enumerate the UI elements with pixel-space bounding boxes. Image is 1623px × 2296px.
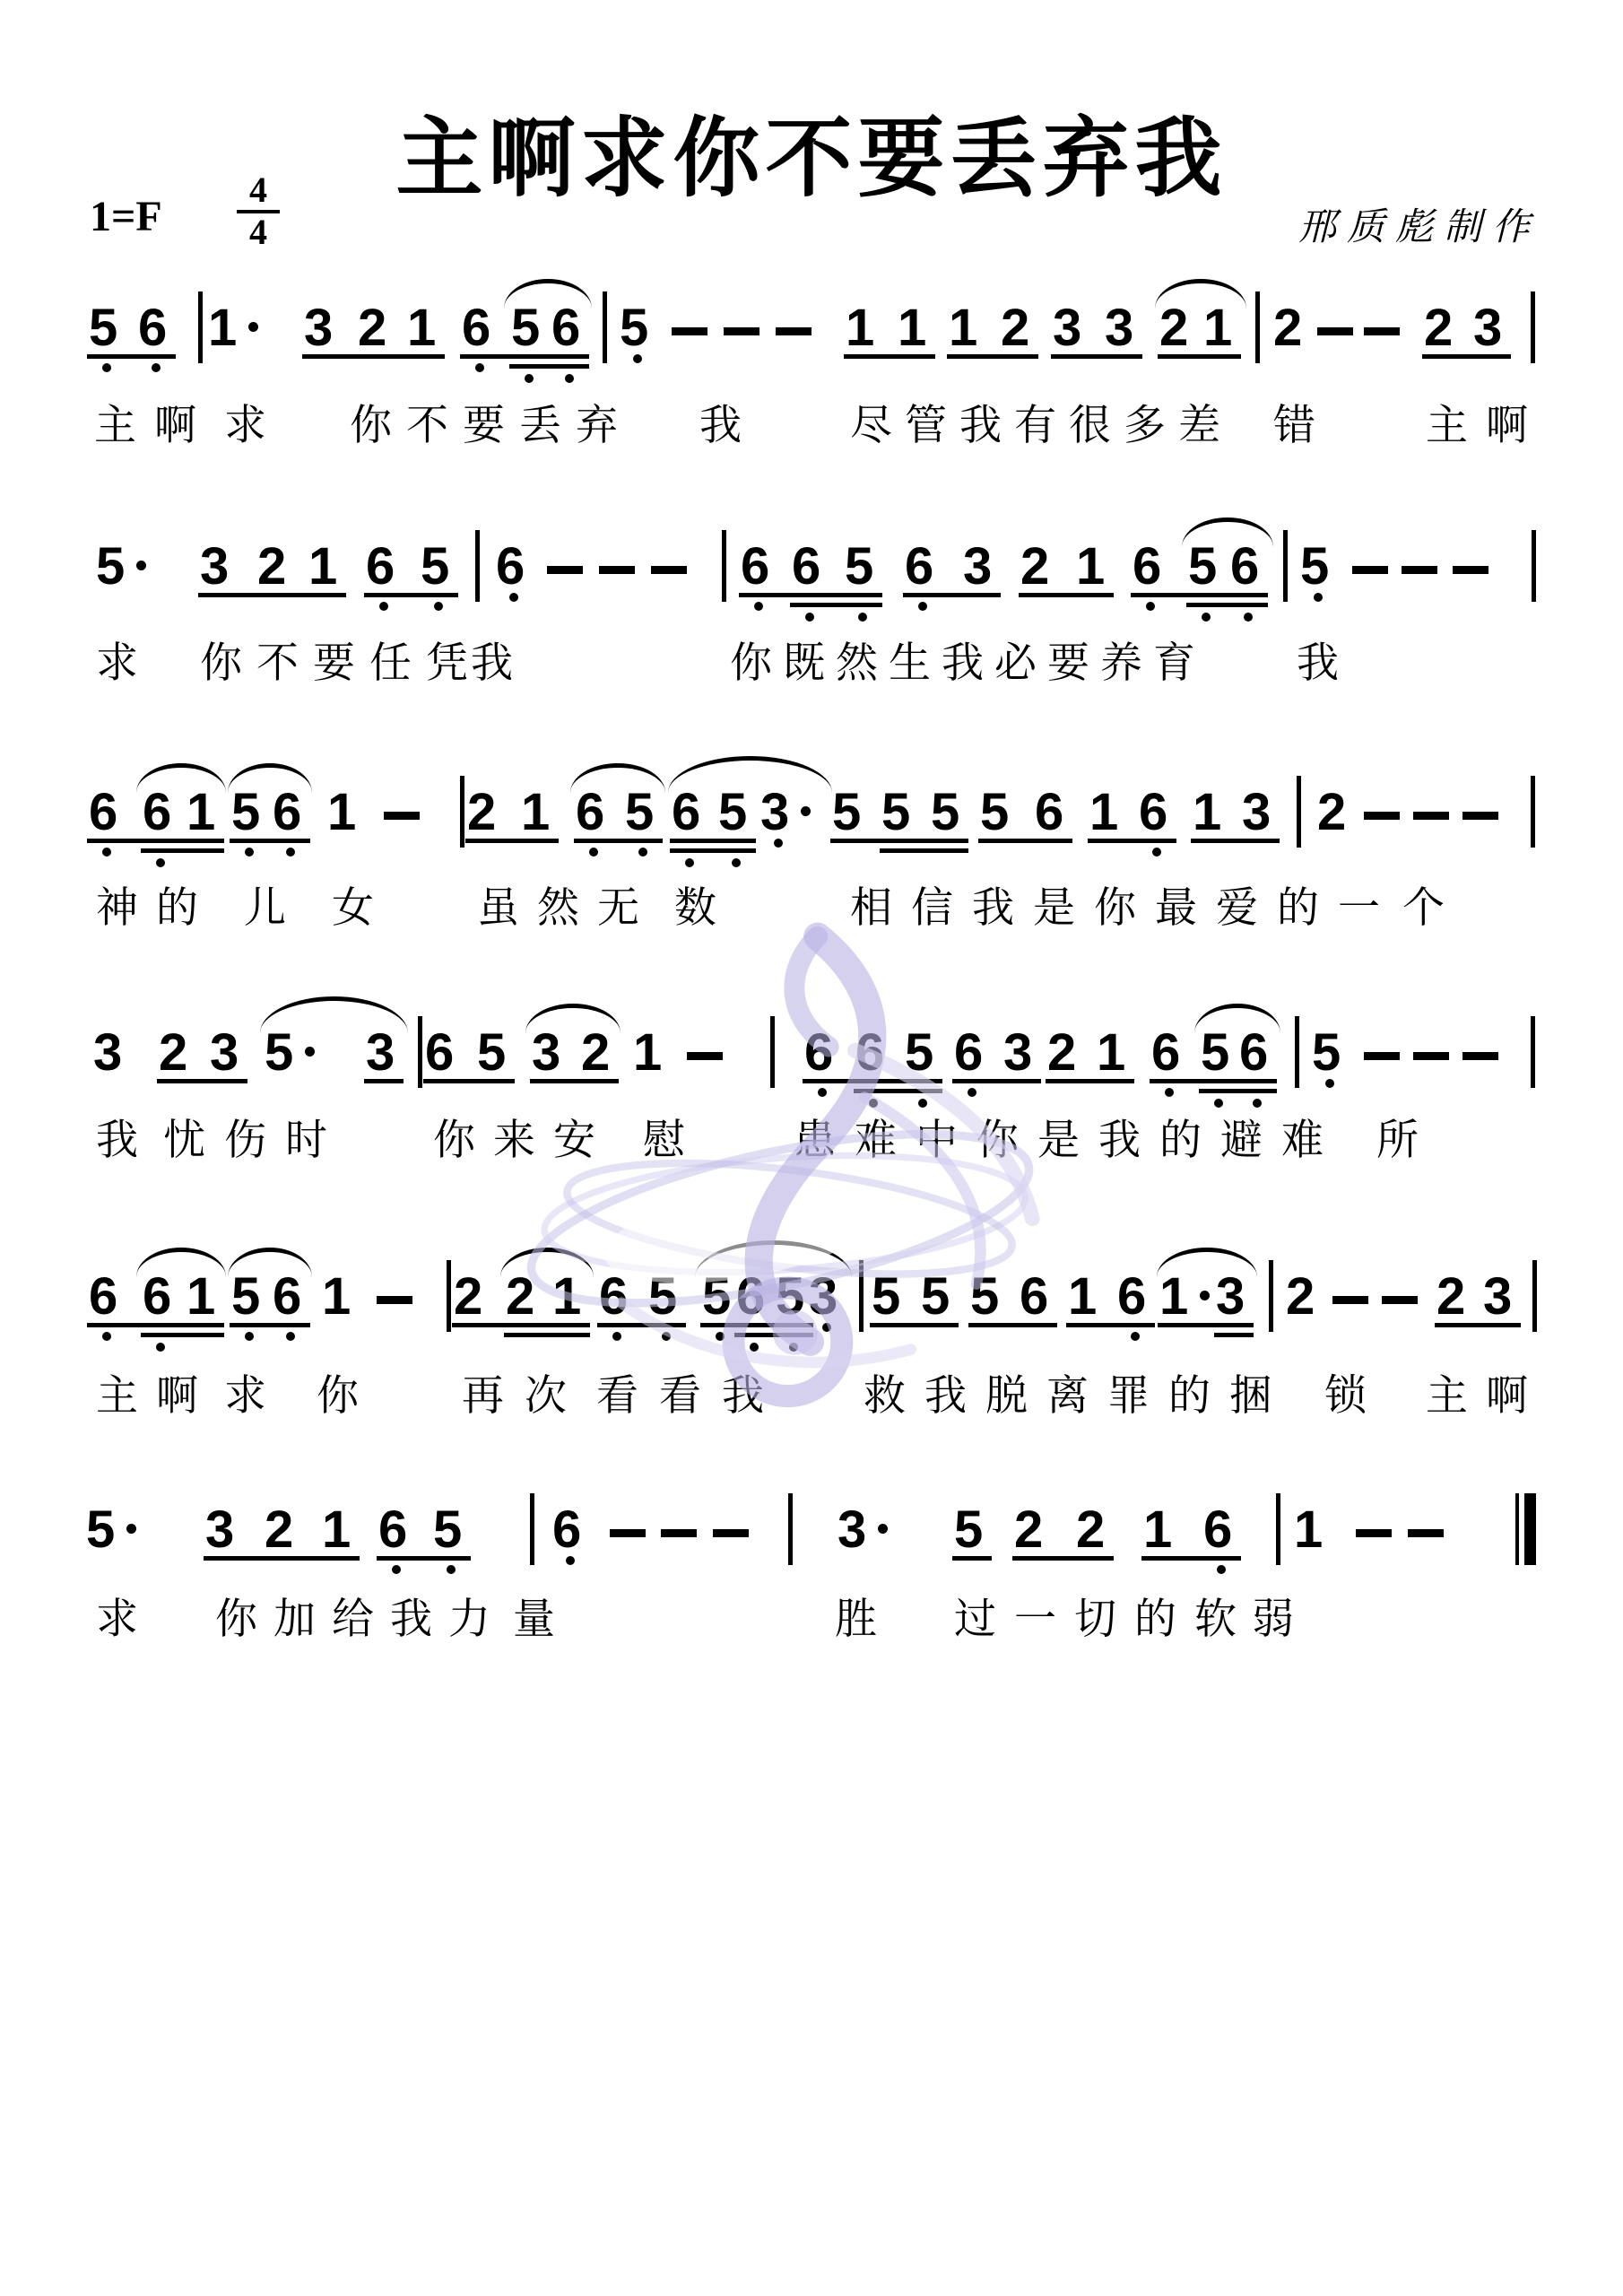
underline-beam [230,839,310,843]
underline-beam [423,1079,515,1083]
note-digit: 1 [1203,302,1232,354]
lyric-text: 求 [224,392,284,452]
note-digit: 5 [881,787,910,839]
note-digit: 5 [421,541,449,593]
low-octave-dot [152,363,161,372]
low-octave-dot [662,1332,671,1341]
underline-beam [670,848,756,853]
barline [1531,776,1535,848]
underline-beam [230,1323,310,1327]
note-digit: 3 [1003,1027,1032,1079]
lyric-text: 患难中你是我的避难 [794,1107,1342,1167]
duration-dash [672,327,707,335]
underline-beam [1422,354,1511,359]
note-digit: 1 [1143,1504,1172,1556]
note-digit: 3 [304,302,333,354]
note-digit: 2 [581,1027,610,1079]
note-digit: 6 [1035,787,1063,839]
note-digit: 5 [477,1027,506,1079]
underline-beam [87,1323,224,1327]
duration-dash [1332,1296,1368,1304]
note-digit: 6 [143,1271,171,1323]
barline [1531,291,1535,363]
low-octave-dot [732,858,741,867]
final-barline-thin [1515,1493,1519,1565]
note-digit: 3 [1473,302,1502,354]
duration-dash [599,566,635,574]
note-digit: 2 [1273,302,1302,354]
low-octave-dot [286,848,295,857]
underline-beam [1435,1323,1521,1327]
note-digit: 6 [138,302,167,354]
underline-beam [1088,839,1176,843]
note-digit: 2 [1436,1271,1465,1323]
tie-arc [1194,1004,1280,1033]
note-digit: 5 [89,302,117,354]
underline-beam [968,1323,1057,1327]
note-digit: 3 [93,1027,122,1079]
duration-dash [1364,1052,1400,1060]
note-digit: 2 [1014,1504,1043,1556]
underline-beam [141,1333,224,1337]
note-digit: 1 [846,302,874,354]
note-digit: 3 [532,1027,560,1079]
tie-arc [1182,517,1273,547]
barline [1269,1260,1273,1332]
duration-dash [713,1529,749,1537]
underline-beam [903,593,1001,597]
note-digit: 2 [467,787,496,839]
underline-beam [870,1323,959,1327]
underline-beam [465,839,559,843]
underline-beam [87,839,224,843]
underline-beam [739,593,882,597]
note-digit: 5 [931,787,959,839]
underline-beam [790,603,882,607]
low-octave-dot [509,593,518,602]
note-digit: 1 [898,302,926,354]
note-digit: 3 [1242,787,1271,839]
note-digit: 3 [366,1027,395,1079]
duration-dash [1382,1296,1418,1304]
note-digit: 2 [257,541,286,593]
low-octave-dot [638,848,647,857]
augmentation-dot [305,1047,315,1057]
note-digit: 1 [322,1271,351,1323]
underline-beam [504,1333,590,1337]
note-digit: 6 [855,1027,884,1079]
duration-dash [610,1529,646,1537]
underline-beam [460,354,589,359]
note-digit: 6 [576,787,604,839]
duration-dash [661,1529,697,1537]
low-octave-dot [754,602,763,611]
note-digit: 1 [1193,787,1221,839]
lyric-text: 你不要任凭 [200,630,482,690]
barline [1532,1260,1537,1332]
note-digit: 6 [792,541,820,593]
underline-beam [854,1089,942,1093]
underline-beam [364,593,458,597]
tie-arc [570,763,665,793]
time-signature: 4 4 [235,172,282,251]
note-digit: 1 [187,787,215,839]
note-digit: 5 [1201,1027,1229,1079]
note-digit: 1 [1089,787,1118,839]
low-octave-dot [774,839,783,848]
lyric-text: 我 [96,1107,156,1167]
low-octave-dot [789,1343,798,1352]
final-barline-thick [1524,1493,1536,1565]
note-digit: 6 [1239,1027,1268,1079]
underline-beam [803,1079,942,1083]
augmentation-dot [136,561,146,570]
note-digit: 1 [308,541,337,593]
lyric-text: 女 [332,874,392,935]
lyric-text: 你加给我力 [215,1586,507,1646]
low-octave-dot [565,374,574,383]
note-digit: 2 [265,1504,293,1556]
key-signature: 1=F [90,192,162,241]
underline-beam [952,1556,992,1561]
note-digit: 6 [954,1027,983,1079]
note-digit: 6 [89,1271,117,1323]
note-digit: 1 [322,1504,351,1556]
barline [770,1016,775,1088]
low-octave-dot [589,848,598,857]
underline-beam [141,848,224,853]
augmentation-dot [1200,1291,1210,1300]
note-digit: 6 [143,787,171,839]
barline [1532,530,1536,602]
note-digit: 3 [205,1504,234,1556]
underline-beam [1131,593,1268,597]
note-digit: 5 [845,541,873,593]
note-digit: 6 [366,541,395,593]
low-octave-dot [968,1088,976,1097]
note-digit: 5 [648,1271,677,1323]
underline-beam [1141,1556,1241,1561]
lyric-text: 慰 [643,1107,703,1167]
duration-dash [724,327,759,335]
low-octave-dot [685,858,694,867]
low-octave-dot [1202,613,1211,622]
barline [788,1493,793,1565]
underline-beam [1019,593,1114,597]
note-digit: 5 [96,541,146,593]
augmentation-dot [248,322,258,332]
barline [1297,776,1301,848]
lyric-text: 数 [674,874,734,935]
barline [1255,291,1260,363]
low-octave-dot [1314,593,1323,602]
note-digit: 2 [454,1271,482,1323]
lyric-text: 量 [513,1586,573,1646]
duration-dash [377,1296,412,1304]
underline-beam [1186,603,1268,607]
underline-beam [1158,354,1241,359]
note-digit: 5 [702,1271,731,1323]
barline [460,776,464,848]
note-digit: 5 [1300,541,1329,593]
underline-beam [509,364,589,369]
low-octave-dot [245,848,254,857]
note-digit: 5 [511,302,540,354]
lyric-text: 胜 [835,1586,895,1646]
low-octave-dot [805,613,814,622]
underline-beam [1191,839,1280,843]
underline-beam [1051,354,1142,359]
note-digit: 6 [273,1271,301,1323]
note-digit: 6 [425,1027,454,1079]
low-octave-dot [156,1343,165,1352]
lyric-text: 弱 [1252,1586,1312,1646]
low-octave-dot [102,363,111,372]
note-digit: 1 [208,302,258,354]
barline [418,1016,422,1088]
note-digit: 5 [1188,541,1217,593]
note-digit: 3 [1483,1271,1512,1323]
note-digit: 6 [741,541,769,593]
note-digit: 5 [718,787,747,839]
note-digit: 6 [462,302,490,354]
lyric-text: 锁 [1324,1362,1384,1422]
low-octave-dot [566,1556,575,1565]
note-digit: 2 [358,302,386,354]
duration-dash [1364,327,1400,335]
augmentation-dot [126,1524,136,1534]
underline-beam [204,1556,360,1561]
lyric-text: 个 [1402,874,1462,935]
underline-beam [597,1323,686,1327]
low-octave-dot [379,602,388,611]
underline-beam [1066,1323,1155,1327]
note-digit: 2 [506,1271,534,1323]
duration-dash [1364,812,1400,820]
note-digit: 6 [378,1504,407,1556]
note-digit: 1 [187,1271,215,1323]
tie-arc [695,1240,852,1277]
underline-beam [1012,1556,1114,1561]
note-digit: 1 [633,1027,662,1079]
underline-beam [1150,1079,1277,1083]
note-digit: 6 [1139,787,1167,839]
note-digit: 1 [521,787,550,839]
lyric-text: 求 [96,630,156,690]
underline-beam [734,1333,813,1337]
underline-beam [700,1323,813,1327]
low-octave-dot [1131,1332,1140,1341]
note-digit: 5 [980,787,1009,839]
underline-beam [844,354,935,359]
underline-beam [947,354,1038,359]
time-signature-numerator: 4 [249,170,267,210]
duration-dash [1356,1529,1392,1537]
tie-arc [1157,1248,1257,1277]
note-digit: 2 [1047,1027,1076,1079]
lyric-text: 看看我 [596,1362,785,1422]
underline-beam [1046,1079,1134,1083]
underline-beam [830,839,968,843]
lyric-text: 主啊 [96,1362,216,1422]
duration-dash [1408,1529,1444,1537]
duration-dash [1413,812,1449,820]
note-digit: 1 [1076,541,1105,593]
note-digit: 5 [1312,1027,1341,1079]
lyric-text: 再次 [462,1362,587,1422]
note-digit: 3 [1105,302,1133,354]
note-digit: 3 [200,541,229,593]
note-digit: 3 [1216,1271,1245,1323]
duration-dash [687,1052,723,1060]
note-digit: 6 [551,302,580,354]
barline [859,1260,864,1332]
note-digit: 6 [1203,1504,1232,1556]
duration-dash [1453,566,1488,574]
underline-beam [1158,1323,1254,1327]
note-digit: 6 [1020,1271,1048,1323]
note-digit: 2 [1076,1504,1105,1556]
underline-beam [452,1323,590,1327]
barline [1531,1016,1535,1088]
note-digit: 5 [921,1271,950,1323]
lyric-text: 救我脱离罪的捆 [864,1362,1290,1422]
low-octave-dot [156,858,165,867]
note-digit: 1 [1159,1271,1210,1323]
lyric-text: 相信我是你最爱的一 [850,874,1399,935]
lyric-text: 我 [1297,630,1357,690]
note-digit: 2 [1020,541,1049,593]
low-octave-dot [633,354,642,363]
underline-beam [952,1079,1041,1083]
tie-arc [136,1248,226,1277]
note-digit: 3 [1053,302,1081,354]
lyric-text: 过一切的软 [954,1586,1254,1646]
duration-dash [651,566,687,574]
note-digit: 3 [809,1271,838,1323]
author-credit: 邢质彪制作 [1298,197,1541,251]
low-octave-dot [1165,1088,1174,1097]
low-octave-dot [102,1332,111,1341]
lyric-text: 求 [96,1586,156,1646]
duration-dash [1352,566,1388,574]
lyric-text: 神的 [96,874,216,935]
low-octave-dot [858,613,867,622]
low-octave-dot [1325,1079,1334,1088]
note-digit: 6 [1151,1027,1180,1079]
note-digit: 5 [231,1271,260,1323]
note-digit: 3 [210,1027,239,1079]
underline-beam [1214,1333,1254,1337]
duration-dash [776,327,811,335]
note-digit: 1 [949,302,977,354]
lyric-text: 求 [224,1362,284,1422]
low-octave-dot [750,1343,759,1352]
underline-beam [377,1556,471,1561]
note-digit: 6 [89,787,117,839]
lyric-text: 儿 [244,874,304,935]
note-digit: 5 [265,1027,315,1079]
low-octave-dot [1217,1565,1226,1574]
note-digit: 6 [599,1271,628,1323]
note-digit: 5 [625,787,654,839]
tie-arc [1155,279,1246,309]
note-digit: 5 [86,1504,136,1556]
underline-beam [574,839,663,843]
barline [447,1260,451,1332]
note-digit: 2 [1001,302,1029,354]
note-digit: 6 [736,1271,765,1323]
note-digit: 2 [1286,1271,1315,1323]
lyric-text: 我 [471,630,531,690]
duration-dash [384,812,420,820]
low-octave-dot [918,602,927,611]
note-digit: 5 [231,787,260,839]
lyric-text: 主啊 [1426,392,1546,452]
lyric-text: 我 [699,392,759,452]
note-digit: 2 [1317,787,1346,839]
tie-arc [668,756,832,793]
barline [1283,530,1288,602]
note-digit: 6 [905,541,933,593]
duration-dash [1317,327,1353,335]
tie-arc [504,279,592,309]
note-digit: 5 [832,787,861,839]
note-digit: 2 [159,1027,187,1079]
barline [603,291,607,363]
duration-dash [547,566,583,574]
note-digit: 1 [407,302,436,354]
low-octave-dot [612,1332,621,1341]
tie-arc [228,1248,312,1277]
low-octave-dot [1146,602,1155,611]
low-octave-dot [475,363,484,372]
note-digit: 3 [963,541,992,593]
note-digit: 1 [1294,1504,1323,1556]
lyric-text: 虽然无 [477,874,657,935]
lyric-text: 你 [317,1362,377,1422]
note-digit: 1 [1097,1027,1125,1079]
duration-dash [1413,1052,1449,1060]
tie-arc [136,763,226,793]
note-digit: 1 [327,787,356,839]
low-octave-dot [102,848,111,857]
note-digit: 6 [1133,541,1161,593]
barline [198,291,203,363]
duration-dash [1462,1052,1498,1060]
lyric-text: 主啊 [1426,1362,1546,1422]
lyric-text: 你来安 [433,1107,613,1167]
underline-beam [198,593,346,597]
note-digit: 5 [776,1271,804,1323]
low-octave-dot [1244,613,1253,622]
duration-dash [1402,566,1437,574]
note-digit: 1 [552,1271,581,1323]
lyric-text: 主啊 [94,392,214,452]
underline-beam [530,1079,619,1083]
note-digit: 6 [552,1504,581,1556]
augmentation-dot [878,1524,888,1534]
final-barline [1515,1493,1537,1565]
note-digit: 5 [954,1504,983,1556]
low-octave-dot [392,1565,401,1574]
tie-arc [525,1004,621,1033]
note-digit: 5 [620,302,648,354]
sheet-music-page: 主啊求你不要丢弃我 1=F 4 4 邢质彪制作 5613216565111233… [0,0,1623,2296]
underline-beam [364,1079,404,1083]
low-octave-dot [818,1088,827,1097]
note-digit: 5 [872,1271,900,1323]
